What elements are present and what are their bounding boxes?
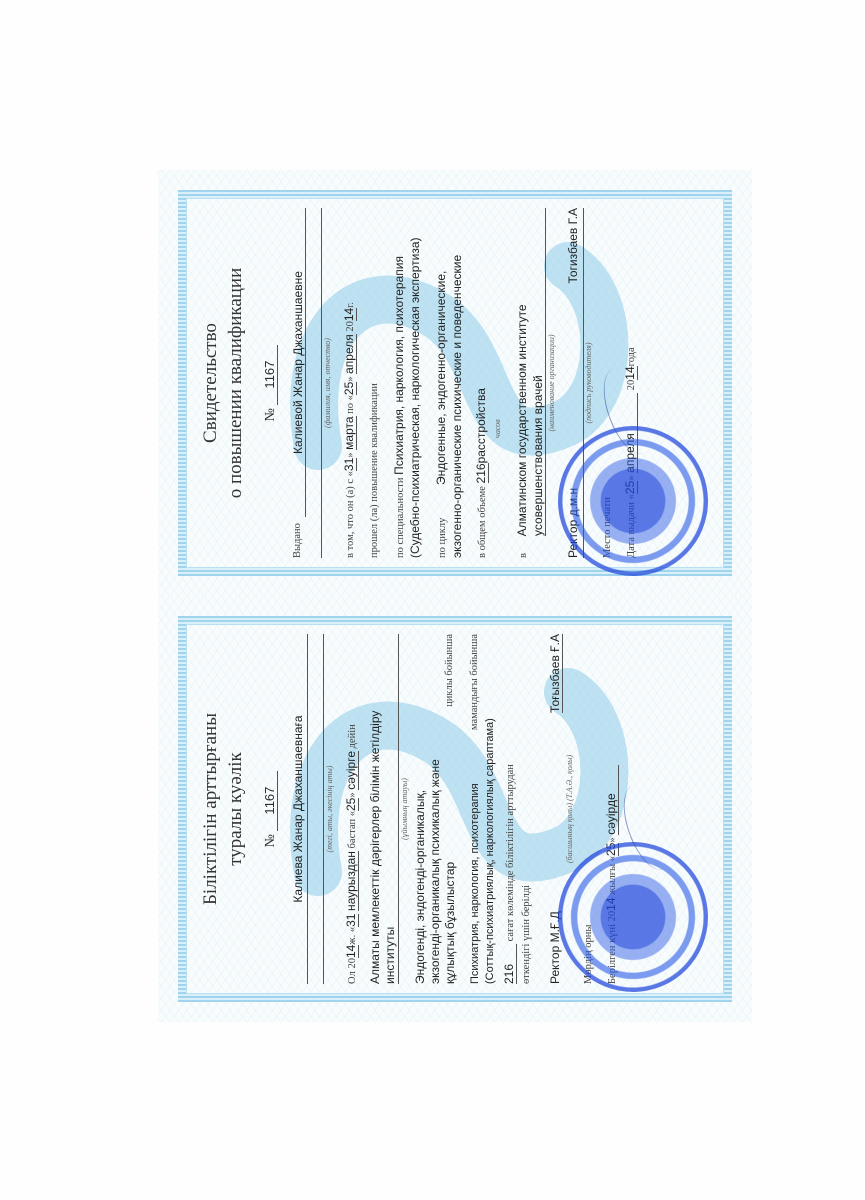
russian-page: Свидетельство о повышении квалификации №…	[158, 170, 752, 596]
blank-line	[308, 634, 324, 984]
study-period: Ол 2014ж. «31 наурыздан бастап «25» сәуі…	[344, 634, 360, 984]
specialty: по специальности Психиатрия, наркология,…	[392, 208, 422, 558]
official-seal-icon	[558, 842, 708, 992]
certificate-number: № 1167	[262, 208, 279, 558]
blank-line	[306, 208, 322, 558]
recipient-name: Калиева Жанар Джаханшаевнаға	[291, 634, 308, 984]
cycle: по циклу Эндогенные, эндогенно-органичес…	[434, 208, 464, 558]
passed-text: өткендігі үшін берілді	[520, 634, 534, 984]
hours-volume: в общем объеме 216расстройства часов	[474, 208, 505, 558]
institution: Алматы мемлекеттік дәрігерлер білімін же…	[368, 634, 399, 984]
study-period: в том, что он (а) с «31» марта по «25» а…	[342, 208, 358, 558]
specialty: Психиатрия, наркология, психотерапия мам…	[468, 634, 498, 984]
cycle: Эндогенді, эндогенді-органикалық, экзоге…	[413, 634, 458, 984]
institution: в Алматинском государственном институте …	[515, 208, 546, 558]
page-title: Біліктілігін арттырғаны туралы куәлік	[198, 634, 248, 984]
certificate-number: № 1167	[262, 634, 279, 984]
hours-volume: 216 сағат көлемінде біліктілігін арттыру…	[502, 634, 518, 984]
kazakh-page: Біліктілігін арттырғаны туралы куәлік № …	[158, 596, 752, 1022]
certificate-spread: Біліктілігін арттырғаны туралы куәлік № …	[158, 170, 752, 1022]
page-title: Свидетельство о повышении квалификации	[198, 208, 248, 558]
recipient-name: Выдано Калиевой Жанар Джаханшаевне	[291, 208, 306, 558]
passed-text: прошел (ла) повышение квалификации	[368, 208, 382, 558]
